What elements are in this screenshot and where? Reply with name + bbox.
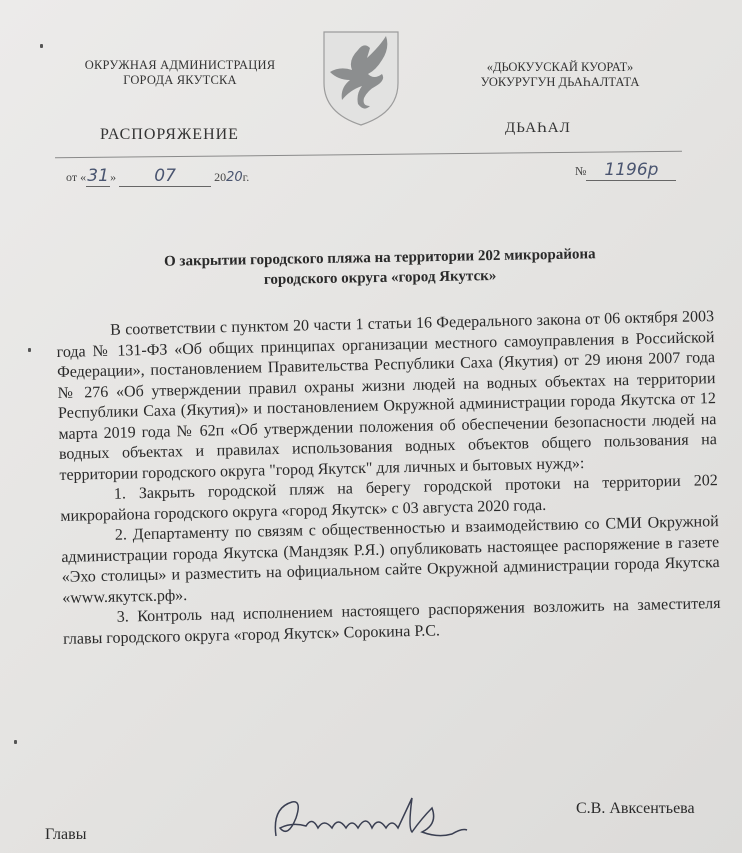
paper-speck xyxy=(28,348,31,352)
date-day-close: » xyxy=(110,170,116,184)
coat-of-arms-icon xyxy=(320,28,402,128)
date-month: 07 xyxy=(119,166,211,187)
paper-speck xyxy=(14,740,17,744)
document-page: ОКРУЖНАЯ АДМИНИСТРАЦИЯ ГОРОДА ЯКУТСКА РА… xyxy=(0,0,742,853)
date-day: 31 xyxy=(86,166,110,187)
number-label: № xyxy=(575,164,586,178)
issuer-name-sah: «ДЬОКУУСКАЙ КУОРАТ» УОКУРУГУН ДЬАҺАЛТАТА xyxy=(440,60,680,90)
order-item-2: 2. Департаменту по связям с общественнос… xyxy=(61,512,721,609)
paper-speck xyxy=(40,44,43,48)
signatory-title: Главы xyxy=(45,826,86,844)
date-field: от «31» 07 2020г. xyxy=(66,166,249,187)
issuer-line-2: ГОРОДА ЯКУТСКА xyxy=(60,73,300,88)
document-title: О закрытии городского пляжа на территори… xyxy=(100,243,661,293)
date-year-prefix: 20 xyxy=(214,170,226,184)
issuer-line-2-sah: УОКУРУГУН ДЬАҺАЛТАТА xyxy=(440,75,680,90)
date-year-suffix: 20 xyxy=(226,170,243,185)
order-number: №1196р xyxy=(575,160,676,181)
issuer-name-ru: ОКРУЖНАЯ АДМИНИСТРАЦИЯ ГОРОДА ЯКУТСКА xyxy=(60,58,300,88)
number-value: 1196р xyxy=(586,160,676,181)
header-divider xyxy=(55,151,682,159)
issuer-line-1: ОКРУЖНАЯ АДМИНИСТРАЦИЯ xyxy=(60,58,300,73)
document-body: В соответствии с пунктом 20 части 1 стат… xyxy=(56,307,721,650)
doc-type-sah: ДЬАҺАЛ xyxy=(505,120,571,137)
handwritten-signature xyxy=(262,788,472,848)
date-prefix: от « xyxy=(66,170,86,184)
signatory-name: С.В. Авксентьева xyxy=(576,800,695,818)
issuer-line-1-sah: «ДЬОКУУСКАЙ КУОРАТ» xyxy=(440,60,680,75)
preamble-paragraph: В соответствии с пунктом 20 части 1 стат… xyxy=(56,307,718,486)
date-year-end: г. xyxy=(243,170,250,184)
doc-type-ru: РАСПОРЯЖЕНИЕ xyxy=(100,126,239,144)
